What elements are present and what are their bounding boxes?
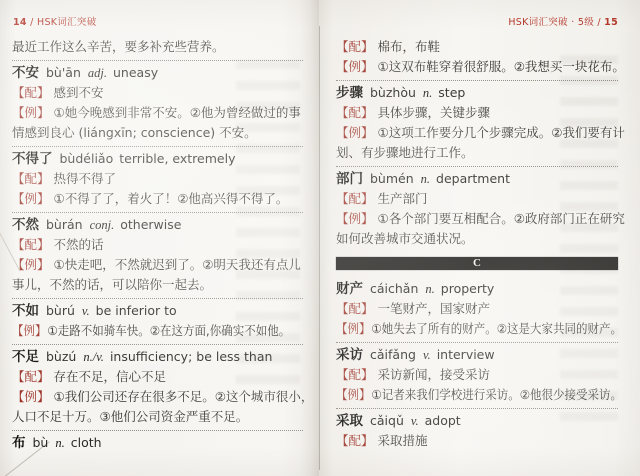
entry-english-gloss: be inferior to: [96, 303, 177, 318]
dotted-divider: [336, 80, 618, 81]
collocation-line: 【配】采取措施: [336, 431, 618, 451]
entry-english-gloss: department: [436, 171, 510, 186]
text-line: 如何改善城市交通状况。: [336, 229, 618, 249]
entry-headword-line: 不得了bùdéliǎoterrible, extremely: [12, 149, 303, 169]
entry-headword-line: 步骤bùzhòun.step: [336, 83, 618, 103]
li-marker: 【例】: [12, 105, 50, 120]
pei-marker: 【配】: [336, 367, 374, 382]
pei-marker: 【配】: [12, 171, 50, 186]
collocation-text: 生产部门: [378, 191, 428, 206]
dotted-divider: [12, 344, 303, 345]
collocation-text: 一笔财产，国家财产: [378, 301, 491, 316]
example-line: 【例】①走路不如骑车快。②在这方面,你确实不如他。: [12, 321, 280, 341]
entry-english-gloss: cloth: [71, 435, 102, 450]
entry-pinyin: bùrán: [46, 217, 83, 232]
entry-headword: 财产: [336, 281, 363, 297]
entry-part-of-speech: n./v.: [83, 350, 104, 364]
entry-headword-line: 采访cǎifǎngv.interview: [336, 345, 618, 365]
pei-marker: 【配】: [336, 105, 374, 120]
entry-english-gloss: uneasy: [113, 65, 158, 80]
entry-english-gloss: otherwise: [120, 217, 181, 232]
dotted-divider: [12, 430, 303, 431]
entry-pinyin: bùdéliǎo: [60, 151, 114, 166]
entry-headword-line: 财产cáichǎnn.property: [336, 279, 618, 299]
right-page-body: 【配】棉布，布鞋【例】①这双布鞋穿着很舒服。②我想买一块花布。步骤bùzhòun…: [336, 37, 618, 451]
entry-headword-line: 不然bùránconj.otherwise: [12, 215, 303, 235]
entry-headword: 采访: [336, 347, 363, 363]
entry-english-gloss: step: [438, 85, 465, 100]
scanned-book-spread: 14 / HSK词汇突破 HSK词汇突破 · 5级 / 15 最近工作这么辛苦，…: [0, 0, 640, 476]
text-line: 人口不足十万。③他们公司资金严重不足。: [12, 407, 303, 427]
collocation-line: 【配】生产部门: [336, 189, 618, 209]
book-title: HSK词汇突破: [508, 17, 568, 28]
entry-english-gloss: interview: [437, 347, 495, 362]
text-line: 情感到良心 (liángxīn; conscience) 不安。: [12, 123, 303, 143]
page-number-right: 15: [604, 17, 618, 28]
collocation-line: 【配】感到不安: [12, 83, 303, 103]
entry-part-of-speech: adj.: [88, 66, 107, 80]
collocation-text: 具体步骤，关键步骤: [378, 105, 491, 120]
text-line: 最近工作这么辛苦，要多补充些营养。: [12, 37, 303, 57]
entry-headword: 采取: [336, 413, 363, 429]
example-text: ①不得了了，着火了！②他高兴得不得了。: [54, 191, 289, 206]
example-text: ①她今晚感到非常不安。②他为曾经做过的事: [54, 105, 301, 120]
collocation-line: 【配】不然的话: [12, 235, 303, 255]
example-text: ①这双布鞋穿着很舒服。②我想买一块花布。: [378, 59, 625, 74]
entry-part-of-speech: n.: [421, 172, 430, 186]
li-marker: 【例】: [12, 323, 47, 338]
page-gutter-line: [319, 26, 320, 470]
example-text: ①各个部门要互相配合。②政府部门正在研究: [378, 211, 625, 226]
entry-pinyin: cǎiqǔ: [370, 413, 404, 428]
dotted-divider: [336, 342, 618, 343]
example-line: 【例】①不得了了，着火了！②他高兴得不得了。: [12, 189, 303, 209]
example-text: ①她失去了所有的财产。②这是大家共同的财产。: [371, 321, 622, 336]
collocation-text: 热得不得了: [54, 171, 117, 186]
pei-marker: 【配】: [336, 39, 374, 54]
entry-part-of-speech: v.: [423, 348, 431, 362]
pei-marker: 【配】: [336, 433, 374, 448]
collocation-line: 【配】具体步骤，关键步骤: [336, 103, 618, 123]
dotted-divider: [12, 298, 303, 299]
dotted-divider: [12, 212, 303, 213]
collocation-text: 采取措施: [378, 433, 428, 448]
section-letter-bar: C: [336, 257, 618, 270]
entry-english-gloss: insufficiency; be less than: [110, 349, 273, 364]
collocation-line: 【配】棉布，布鞋: [336, 37, 618, 57]
entry-part-of-speech: n.: [423, 86, 432, 100]
entry-headword-line: 布bùn.cloth: [12, 433, 303, 453]
entry-headword: 布: [12, 435, 26, 451]
section-letter: C: [473, 257, 481, 269]
dotted-divider: [336, 408, 618, 409]
entry-part-of-speech: conj.: [90, 218, 115, 232]
entry-pinyin: bùzhòu: [370, 85, 416, 100]
running-header-left: 14 / HSK词汇突破: [13, 14, 97, 28]
example-line: 【例】①各个部门要互相配合。②政府部门正在研究: [336, 209, 618, 229]
li-marker: 【例】: [336, 125, 374, 140]
entry-headword: 不得了: [12, 151, 53, 167]
entry-headword: 不如: [12, 303, 39, 319]
li-marker: 【例】: [12, 389, 50, 404]
entry-headword: 不然: [12, 217, 39, 233]
entry-pinyin: cáichǎn: [370, 281, 418, 296]
collocation-text: 采访新闻，接受采访: [378, 367, 491, 382]
entry-headword-line: 不如bùrúv.be inferior to: [12, 301, 303, 321]
li-marker: 【例】: [336, 321, 371, 336]
pei-marker: 【配】: [12, 237, 50, 252]
example-text: ①我们公司还存在很多不足。②这个城市很小，: [54, 389, 314, 404]
book-title: HSK词汇突破: [37, 17, 97, 28]
collocation-text: 感到不安: [54, 85, 104, 100]
example-line: 【例】①快走吧，不然就迟到了。②明天我还有点儿: [12, 255, 303, 275]
text-line: 划、有步骤地进行工作。: [336, 143, 618, 163]
text-line: 事儿，不然的话，可以陪你一起去。: [12, 275, 303, 295]
entry-pinyin: bùrú: [46, 303, 75, 318]
entry-part-of-speech: n.: [55, 436, 64, 450]
pei-marker: 【配】: [12, 369, 50, 384]
collocation-text: 不然的话: [54, 237, 104, 252]
running-header-right: HSK词汇突破 · 5级 / 15: [508, 14, 618, 28]
entry-headword-line: 采取cǎiqǔv.adopt: [336, 411, 618, 431]
entry-headword: 不足: [12, 349, 39, 365]
collocation-text: 存在不足，信心不足: [54, 369, 167, 384]
entry-part-of-speech: v.: [411, 414, 419, 428]
entry-pinyin: bù'ān: [46, 65, 81, 80]
example-line: 【例】①她失去了所有的财产。②这是大家共同的财产。: [336, 319, 595, 339]
li-marker: 【例】: [336, 59, 374, 74]
entry-pinyin: bùzú: [46, 349, 76, 364]
example-line: 【例】①这双布鞋穿着很舒服。②我想买一块花布。: [336, 57, 618, 77]
example-line: 【例】①记者来我们学校进行采访。②他很少接受采访。: [336, 385, 595, 405]
collocation-line: 【配】一笔财产，国家财产: [336, 299, 618, 319]
entry-headword-line: 部门bùménn.department: [336, 169, 618, 189]
entry-part-of-speech: n.: [425, 282, 434, 296]
entry-english-gloss: adopt: [425, 413, 461, 428]
example-line: 【例】①这项工作要分几个步骤完成。②我们要有计: [336, 123, 618, 143]
dotted-divider: [12, 146, 303, 147]
book-level: 5级: [578, 17, 594, 28]
entry-headword: 部门: [336, 171, 363, 187]
example-text: ①走路不如骑车快。②在这方面,你确实不如他。: [47, 323, 290, 338]
li-marker: 【例】: [12, 191, 50, 206]
collocation-line: 【配】热得不得了: [12, 169, 303, 189]
pei-marker: 【配】: [12, 85, 50, 100]
entry-pinyin: cǎifǎng: [370, 347, 416, 362]
li-marker: 【例】: [336, 211, 374, 226]
entry-headword-line: 不足bùzún./v.insufficiency; be less than: [12, 347, 303, 367]
dotted-divider: [12, 60, 303, 61]
entry-part-of-speech: v.: [82, 304, 90, 318]
example-line: 【例】①我们公司还存在很多不足。②这个城市很小，: [12, 387, 303, 407]
pei-marker: 【配】: [336, 191, 374, 206]
li-marker: 【例】: [12, 257, 50, 272]
entry-pinyin: bùmén: [370, 171, 414, 186]
entry-headword: 不安: [12, 65, 39, 81]
entry-pinyin: bù: [33, 435, 49, 450]
collocation-line: 【配】存在不足，信心不足: [12, 367, 303, 387]
dotted-divider: [336, 166, 618, 167]
example-text: ①快走吧，不然就迟到了。②明天我还有点儿: [54, 257, 301, 272]
left-page-body: 最近工作这么辛苦，要多补充些营养。不安bù'ānadj.uneasy【配】感到不…: [12, 37, 303, 453]
entry-headword: 步骤: [336, 85, 363, 101]
entry-headword-line: 不安bù'ānadj.uneasy: [12, 63, 303, 83]
example-text: ①这项工作要分几个步骤完成。②我们要有计: [378, 125, 625, 140]
page-number-left: 14: [13, 17, 27, 28]
pei-marker: 【配】: [336, 301, 374, 316]
li-marker: 【例】: [336, 387, 371, 402]
collocation-line: 【配】采访新闻，接受采访: [336, 365, 618, 385]
example-text: ①记者来我们学校进行采访。②他很少接受采访。: [371, 387, 622, 402]
collocation-text: 棉布，布鞋: [378, 39, 441, 54]
entry-english-gloss: terrible, extremely: [119, 151, 235, 166]
entry-english-gloss: property: [441, 281, 495, 296]
example-line: 【例】①她今晚感到非常不安。②他为曾经做过的事: [12, 103, 303, 123]
